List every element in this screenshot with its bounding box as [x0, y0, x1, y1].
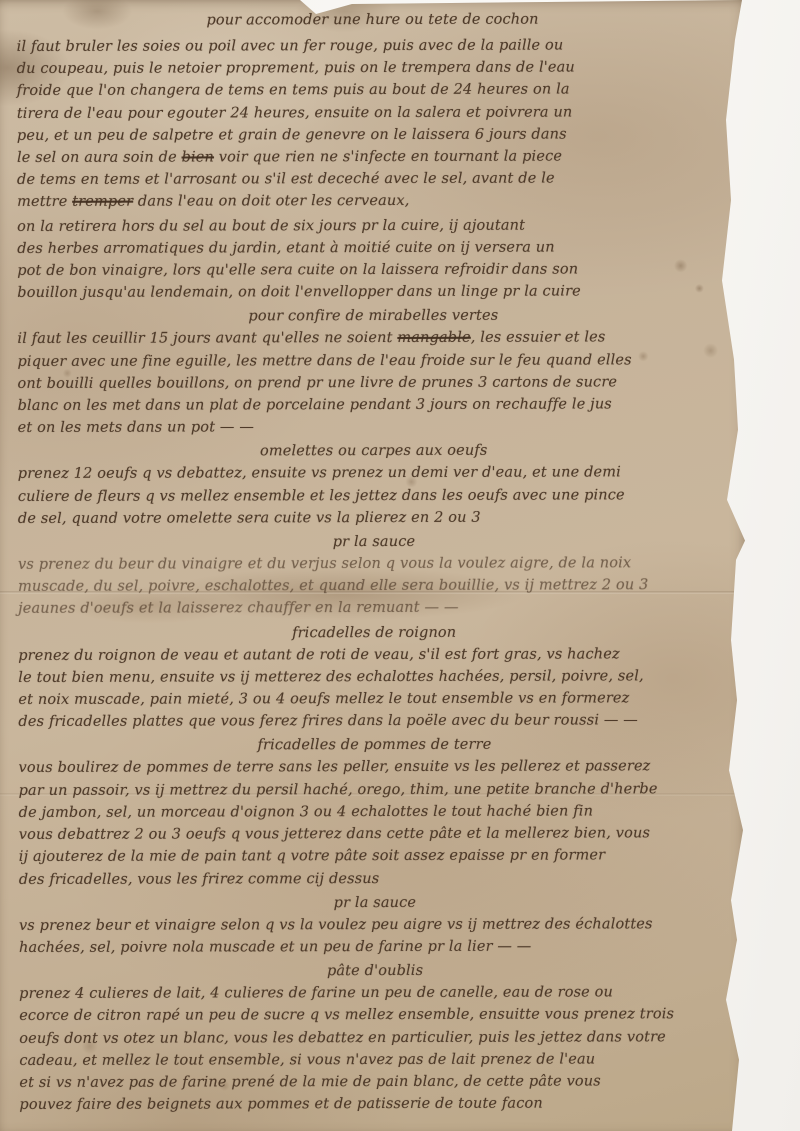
text-line: mettre tremper dans l'eau on doit oter l…	[17, 189, 729, 213]
text-line: jeaunes d'oeufs et la laisserez chauffer…	[18, 597, 730, 621]
recipe-paragraph: il faut bruler les soies ou poil avec un…	[17, 34, 729, 213]
recipe-section: il faut bruler les soies ou poil avec un…	[17, 34, 730, 304]
text-line: vs prenez beur et vinaigre selon q vs la…	[19, 913, 731, 937]
text-line: prenez 4 culieres de lait, 4 culieres de…	[19, 981, 731, 1005]
recipe-section: pr la saucevs prenez du beur du vinaigre…	[18, 530, 730, 620]
recipe-paragraph: il faut les ceuillir 15 jours avant qu'e…	[17, 327, 729, 440]
manuscript-text: pour accomoder une hure ou tete de cocho…	[17, 7, 732, 1118]
recipe-paragraph: prenez 4 culieres de lait, 4 culieres de…	[19, 981, 731, 1116]
recipe-paragraph: prenez du roignon de veau et autant de r…	[18, 643, 730, 734]
text-line: par un passoir, vs ij mettrez du persil …	[19, 778, 731, 802]
text-line: et on les mets dans un pot — —	[18, 415, 730, 439]
text-line: il faut bruler les soies ou poil avec un…	[17, 34, 729, 58]
text-line: il faut les ceuillir 15 jours avant qu'e…	[17, 327, 729, 351]
text-line: piquer avec une fine eguille, les mettre…	[17, 349, 729, 373]
text-line: et si vs n'avez pas de farine prené de l…	[19, 1070, 731, 1094]
text-line: prenez du roignon de veau et autant de r…	[18, 643, 730, 667]
text-line: du coupeau, puis le netoier proprement, …	[17, 56, 729, 80]
recipe-paragraph: vs prenez du beur du vinaigre et du verj…	[18, 552, 730, 620]
recipe-section: omelettes ou carpes aux oeufsprenez 12 o…	[18, 440, 730, 530]
recipe-section: pour confire de mirabelles vertesil faut…	[17, 305, 729, 440]
text-line: vs prenez du beur du vinaigre et du verj…	[18, 552, 730, 576]
recipe-section: fricadelles de roignonprenez du roignon …	[18, 621, 730, 734]
page-title: pour accomoder une hure ou tete de cocho…	[17, 8, 729, 32]
text-line: oeufs dont vs otez un blanc, vous les de…	[19, 1026, 731, 1050]
text-line: des herbes arromatiques du jardin, etant…	[17, 236, 729, 260]
text-line: peu, et un peu de salpetre et grain de g…	[17, 123, 729, 147]
recipe-heading: fricadelles de roignon	[18, 621, 730, 645]
text-line: vous debattrez 2 ou 3 oeufs q vous jette…	[19, 822, 731, 846]
struck-word: bien	[182, 149, 214, 165]
struck-word: mangable	[397, 330, 470, 346]
struck-word: tremper	[72, 194, 133, 210]
recipe-section: pâte d'oublisprenez 4 culieres de lait, …	[19, 959, 731, 1116]
recipe-paragraph: vs prenez beur et vinaigre selon q vs la…	[19, 913, 731, 959]
recipe-heading: pour confire de mirabelles vertes	[17, 305, 729, 329]
text-line: cadeau, et mellez le tout ensemble, si v…	[19, 1048, 731, 1072]
text-line: le sel on aura soin de bien voir que rie…	[17, 145, 729, 169]
scan-background: { "page": { "kind": "scanned handwritten…	[0, 0, 800, 1131]
text-line: on la retirera hors du sel au bout de si…	[17, 214, 729, 238]
text-line: ij ajouterez de la mie de pain tant q vo…	[19, 844, 731, 868]
text-line: des fricadelles, vous les frirez comme c…	[19, 867, 731, 891]
text-line: vous boulirez de pommes de terre sans le…	[19, 756, 731, 780]
recipe-heading: pr la sauce	[18, 530, 730, 554]
text-line: des fricadelles plattes que vous ferez f…	[18, 709, 730, 733]
recipe-heading: omelettes ou carpes aux oeufs	[18, 440, 730, 464]
manuscript-page: pour accomoder une hure ou tete de cocho…	[0, 0, 748, 1131]
text-line: de jambon, sel, un morceau d'oignon 3 ou…	[19, 800, 731, 824]
recipe-paragraph: prenez 12 oeufs q vs debattez, ensuite v…	[18, 462, 730, 530]
recipe-section: fricadelles de pommes de terrevous bouli…	[18, 734, 730, 891]
text-line: muscade, du sel, poivre, eschalottes, et…	[18, 574, 730, 598]
text-line: bouillon jusqu'au lendemain, on doit l'e…	[17, 280, 729, 304]
text-line: de tems en tems et l'arrosant ou s'il es…	[17, 167, 729, 191]
text-line: froide que l'on changera de tems en tems…	[17, 78, 729, 102]
text-line: ont bouilli quelles bouillons, on prend …	[18, 371, 730, 395]
manuscript-body: il faut bruler les soies ou poil avec un…	[17, 34, 732, 1116]
text-line: le tout bien menu, ensuite vs ij mettere…	[18, 665, 730, 689]
text-line: tirera de l'eau pour egouter 24 heures, …	[17, 101, 729, 125]
recipe-heading: fricadelles de pommes de terre	[18, 734, 730, 758]
recipe-heading: pâte d'oublis	[19, 959, 731, 983]
recipe-section: pr la saucevs prenez beur et vinaigre se…	[19, 891, 731, 959]
recipe-paragraph: on la retirera hors du sel au bout de si…	[17, 214, 729, 305]
recipe-heading: pr la sauce	[19, 891, 731, 915]
text-line: hachées, sel, poivre nola muscade et un …	[19, 935, 731, 959]
text-line: culiere de fleurs q vs mellez ensemble e…	[18, 484, 730, 508]
recipe-paragraph: vous boulirez de pommes de terre sans le…	[19, 756, 731, 891]
text-line: prenez 12 oeufs q vs debattez, ensuite v…	[18, 462, 730, 486]
text-line: de sel, quand votre omelette sera cuite …	[18, 506, 730, 530]
text-line: blanc on les met dans un plat de porcela…	[18, 393, 730, 417]
text-line: ecorce de citron rapé un peu de sucre q …	[19, 1003, 731, 1027]
text-line: pouvez faire des beignets aux pommes et …	[19, 1092, 731, 1116]
text-line: et noix muscade, pain mieté, 3 ou 4 oeuf…	[18, 687, 730, 711]
text-line: pot de bon vinaigre, lors qu'elle sera c…	[17, 258, 729, 282]
